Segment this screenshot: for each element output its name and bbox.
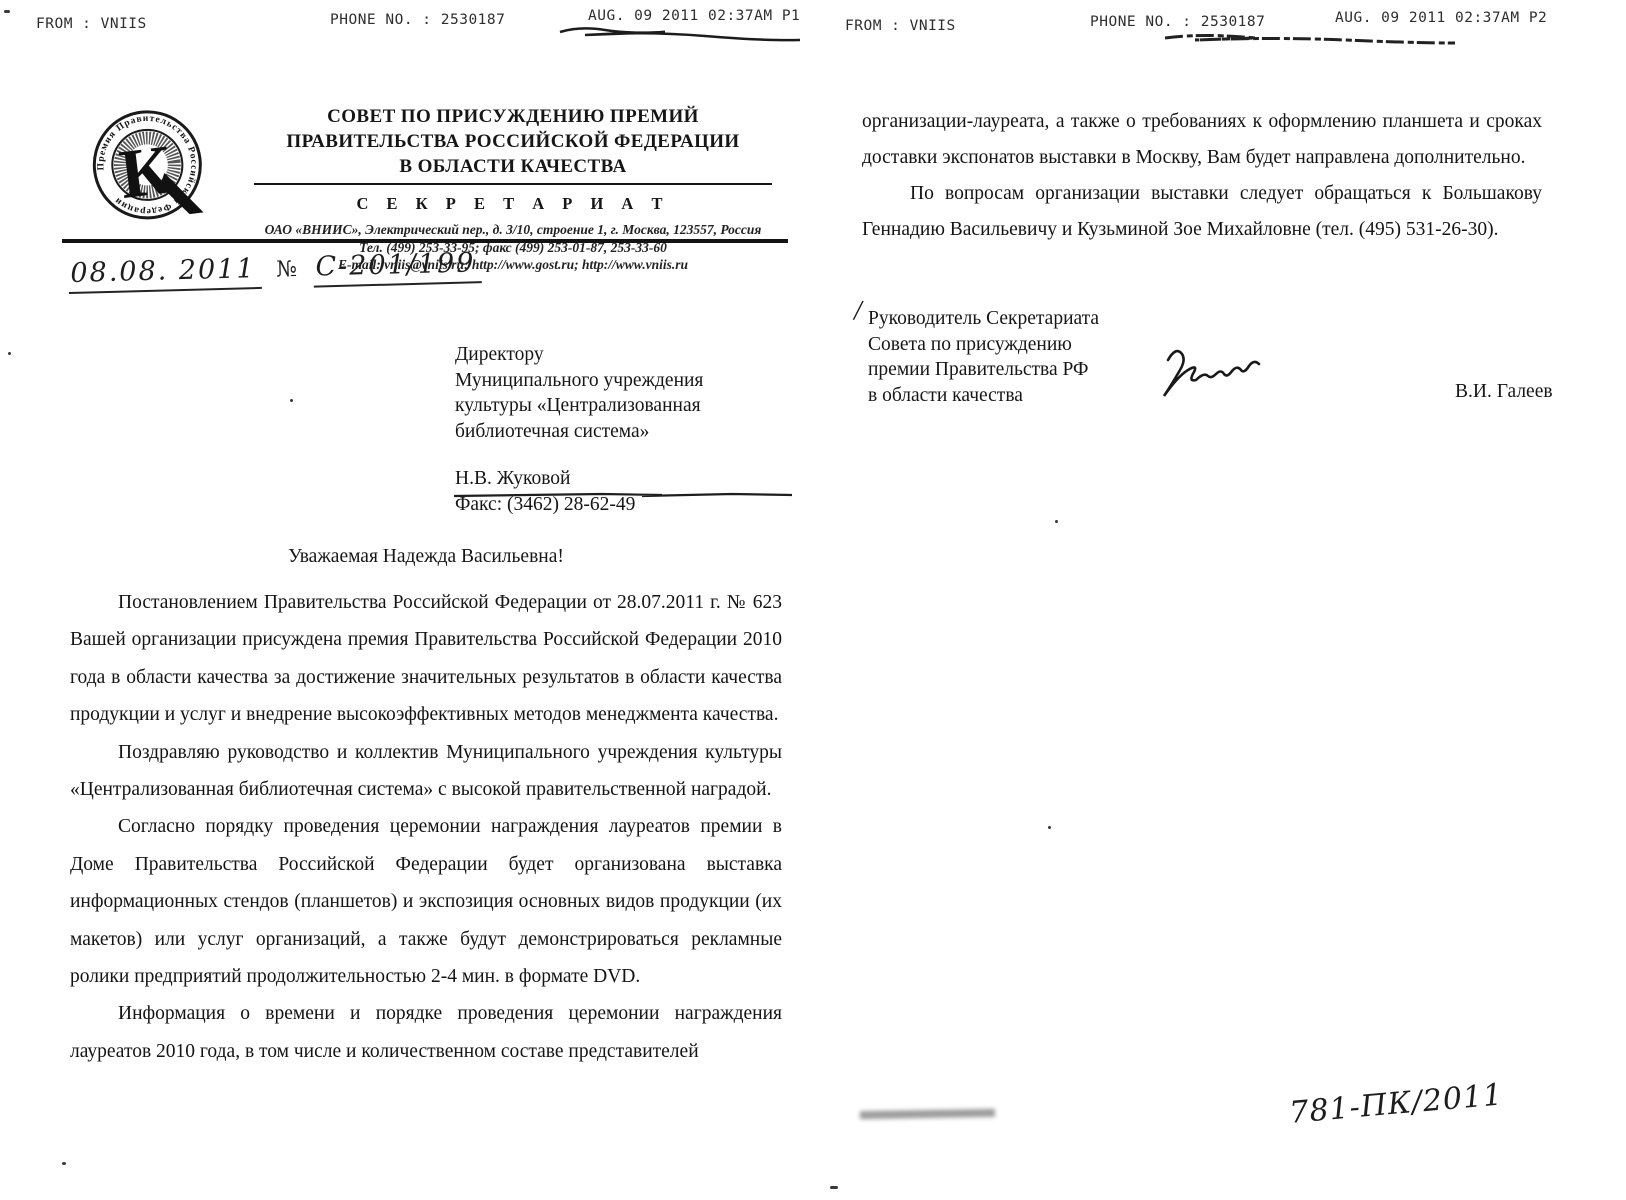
signer-title-line: премии Правительства РФ: [868, 357, 1099, 383]
fax-date-left: AUG. 09 2011 02:37AM P1: [588, 8, 800, 24]
scan-speck: [1055, 520, 1058, 523]
handwritten-ref: 08.08. 2011 № С-201/199: [68, 247, 482, 289]
fax-date-right: AUG. 09 2011 02:37AM P2: [1335, 10, 1547, 26]
recipient-line: культуры «Централизованная: [455, 393, 703, 419]
fax-phone-left: PHONE NO. : 2530187: [330, 12, 505, 28]
paragraph: Информация о времени и порядке проведени…: [70, 995, 782, 1070]
smudge-mark: [860, 1109, 995, 1119]
pen-slash-mark: /: [852, 294, 865, 329]
paragraph: Постановлением Правительства Российской …: [70, 584, 782, 734]
letter-body-page1: Постановлением Правительства Российской …: [70, 584, 782, 1070]
handwritten-signature: [1150, 330, 1300, 410]
scan-speck: [1048, 826, 1051, 829]
letter-body-page2: организации-лауреата, а также о требован…: [862, 104, 1542, 248]
salutation: Уважаемая Надежда Васильевна!: [70, 546, 782, 568]
recipient-line: Директору: [455, 342, 703, 368]
logo-letter-k: К: [116, 131, 176, 214]
org-name-line2: ПРАВИТЕЛЬСТВА РОССИЙСКОЙ ФЕДЕРАЦИИ: [248, 129, 778, 154]
signer-title-line: Совета по присуждению: [868, 332, 1099, 358]
scan-speck: [4, 10, 10, 13]
ref-number: С-201/199: [313, 247, 482, 287]
signer-title: Руководитель Секретариата Совета по прис…: [868, 306, 1099, 408]
scan-speck: [290, 399, 293, 402]
letterhead: СОВЕТ ПО ПРИСУЖДЕНИЮ ПРЕМИЙ ПРАВИТЕЛЬСТВ…: [248, 104, 778, 274]
scan-speck: [62, 1162, 66, 1165]
paragraph: организации-лауреата, а также о требован…: [862, 104, 1542, 176]
recipient-line: Муниципального учреждения: [455, 368, 703, 394]
org-address: ОАО «ВНИИС», Электрический пер., д. 3/10…: [248, 221, 778, 239]
paragraph: По вопросам организации выставки следует…: [862, 176, 1542, 248]
paragraph: Согласно порядку проведения церемонии на…: [70, 808, 782, 995]
signer-title-line: Руководитель Секретариата: [868, 306, 1099, 332]
fax-from-right: FROM : VNIIS: [845, 18, 956, 34]
secretariat-title: С Е К Р Е Т А Р И А Т: [248, 194, 778, 214]
pen-scribble-line-2: [1160, 30, 1500, 48]
ref-no-label: №: [272, 257, 303, 283]
underline-mark: [452, 488, 797, 500]
org-name-line3: В ОБЛАСТИ КАЧЕСТВА: [248, 154, 778, 179]
letterhead-bottom-rule: [62, 239, 788, 243]
pen-scribble-line: [555, 24, 805, 44]
quality-award-logo: Премия Правительства Российской Федераци…: [72, 91, 238, 248]
scan-speck: [830, 1186, 838, 1189]
signer-title-line: в области качества: [868, 383, 1099, 409]
letterhead-rule: [254, 183, 772, 185]
org-name-line1: СОВЕТ ПО ПРИСУЖДЕНИЮ ПРЕМИЙ: [248, 104, 778, 129]
recipient-line: библиотечная система»: [455, 419, 703, 445]
scan-speck: [8, 352, 11, 355]
handwritten-stamp-number: 781-ПК/2011: [1288, 1077, 1504, 1131]
fax-phone-right: PHONE NO. : 2530187: [1090, 14, 1265, 30]
fax-from-left: FROM : VNIIS: [36, 16, 147, 32]
ref-date: 08.08. 2011: [68, 253, 262, 294]
paragraph: Поздравляю руководство и коллектив Муниц…: [70, 734, 782, 809]
signer-name: В.И. Галеев: [1455, 381, 1553, 403]
